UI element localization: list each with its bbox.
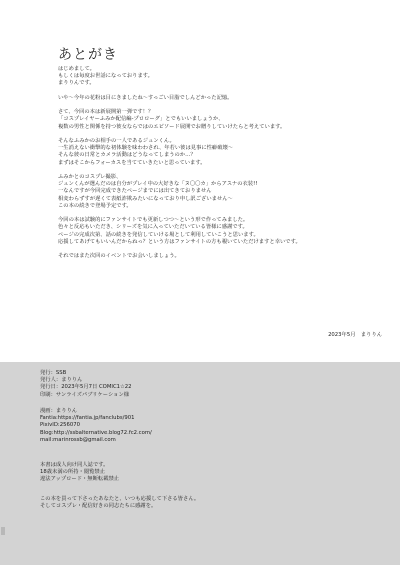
colophon: 発行：SSB 発行人：まりりん 発行日：2023年5月7日 COMIC1☆22 …: [0, 362, 400, 565]
text-line: ページの完成次第、話の続きを発信していける場として利用していこうと思います。: [58, 232, 368, 239]
text-line: それではまた次回のイベントでお会いしましょう。: [58, 253, 368, 260]
text-line: 「コスプレイヤーふみか配信編-プロローグ」とでもいいましょうか、: [58, 116, 368, 123]
page-title: あとがき: [58, 44, 118, 64]
blog-link: Blog:http://ssbalternative.blog72.fc2.co…: [40, 430, 152, 437]
signature-date: 2023年5月 まりりん: [328, 330, 382, 338]
mail-address: mail:marinrossb@gmail.com: [40, 437, 152, 444]
text-line: 一なんですが今回完成できたページまでには出てきておりません: [58, 188, 368, 195]
text-line: 色々と反応もいただき、シリーズを気に入っていただいている皆様に感謝です。: [58, 224, 368, 231]
afterword-page: あとがき はじめまして。 もしくは毎度お世話になっております。 まりりんです。 …: [0, 0, 400, 362]
paragraph-greeting: はじめまして。 もしくは毎度お世話になっております。 まりりんです。: [58, 66, 368, 88]
paragraph-fansite: 今回の本は試験的にファンサイトでも更新しつつ〜という形で作ってみました。 色々と…: [58, 217, 368, 246]
text-line: そんな彼の日常とカメラ活動はどうなってしまうのか…？: [58, 152, 368, 159]
fantia-link: Fantia:https://fantia.jp/fanclubs/901: [40, 415, 152, 422]
paragraph-closing: それではまた次回のイベントでお会いしましょう。: [58, 253, 368, 260]
page-edge-mark: [1, 527, 5, 535]
colophon-line: 印刷：サンライズパブリケーション様: [40, 392, 132, 399]
publisher-info: 発行：SSB 発行人：まりりん 発行日：2023年5月7日 COMIC1☆22 …: [40, 370, 132, 399]
legal-notice: 本書は成人向け同人誌です。 18歳未満の所持・閲覧禁止 違法アップロード・無断転…: [40, 462, 119, 484]
text-line: もしくは毎度お世話になっております。: [58, 73, 368, 80]
colophon-line: 違法アップロード・無断転載禁止: [40, 476, 119, 483]
colophon-line: そしてコスプレ・配信好きの同志たちに感謝を。: [40, 503, 199, 510]
text-line: 相変わらずすが遅くて表紙詐欺みたいになっており申し訳ございません〜: [58, 196, 368, 203]
text-line: 複数の男性と関係を持つ彼女ならではのエピソード展開でお贈りしていけたらと考えてい…: [58, 124, 368, 131]
text-line: 応援してあげてもいいんだからねっ？という方はファンサイトの方も覗いていただけます…: [58, 239, 368, 246]
paragraph-jun: そんなふみかのお相手の一人であるジュンくん。 一生消えない衝撃的な初体験を味わわ…: [58, 138, 368, 167]
text-line: いや〜今年の花粉は目にきましたね〜すっごい目脂でしんどかった記憶。: [58, 95, 368, 102]
text-line: この本の続きで登場予定です。: [58, 203, 368, 210]
colophon-line: 発行日：2023年5月7日 COMIC1☆22: [40, 384, 132, 391]
colophon-line: 漫画：まりりん: [40, 408, 152, 415]
thanks-message: この本を買って下さったあなたと、いつも応援して下さる皆さん。 そしてコスプレ・配…: [40, 496, 199, 510]
paragraph-pollen: いや〜今年の花粉は目にきましたね〜すっごい目脂でしんどかった記憶。: [58, 95, 368, 102]
text-line: まりりんです。: [58, 80, 368, 87]
paragraph-cosplay-shoot: ふみかとのコスプレ撮影、 ジュンくんが選んだのは自分がプレイ中の大好きな「ヌ〇〇…: [58, 174, 368, 210]
afterword-body: はじめまして。 もしくは毎度お世話になっております。 まりりんです。 いや〜今年…: [58, 66, 368, 268]
text-line: まずはそこからフォーカスを当てていきたいと思っています。: [58, 160, 368, 167]
paragraph-new-series: さて、今回の本は新展開第一弾です！？ 「コスプレイヤーふみか配信編-プロローグ」…: [58, 109, 368, 131]
author-credits: 漫画：まりりん Fantia:https://fantia.jp/fanclub…: [40, 408, 152, 444]
pixiv-id: PixivID:256070: [40, 422, 152, 429]
